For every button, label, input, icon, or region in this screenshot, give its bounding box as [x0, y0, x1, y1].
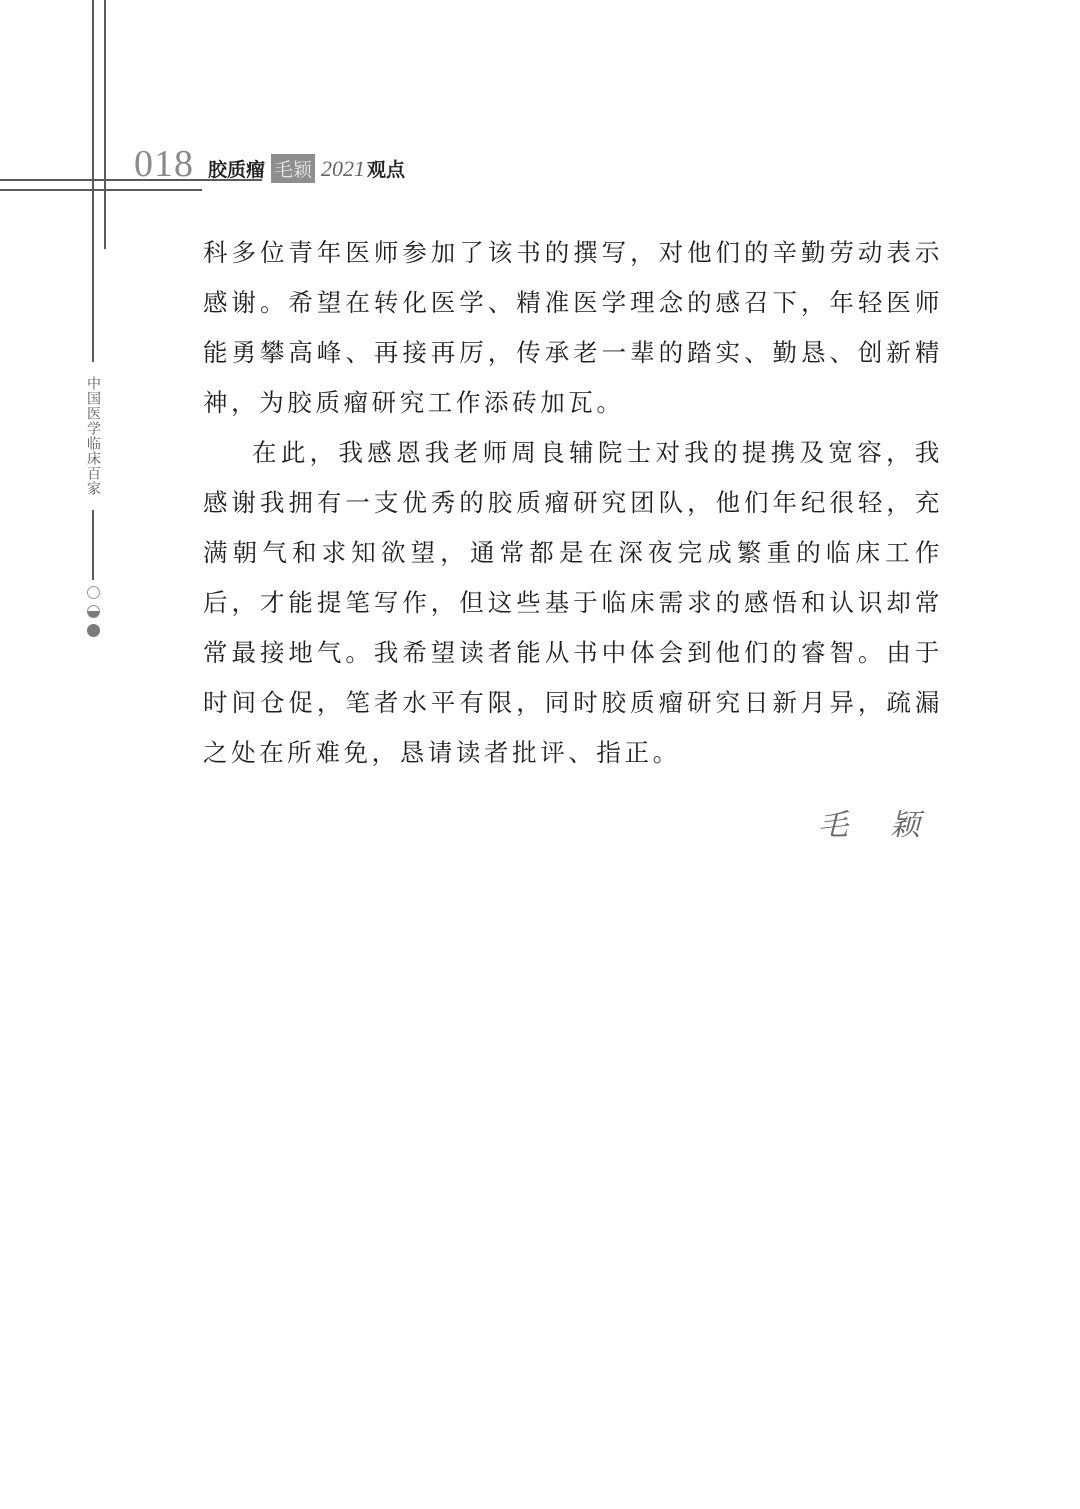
- author-signature: 毛颖: [818, 800, 962, 844]
- paragraph: 科多位青年医师参加了该书的撰写，对他们的辛勤劳动表示感谢。希望在转化医学、精准医…: [203, 228, 943, 428]
- paragraph: 在此，我感恩我老师周良辅院士对我的提携及宽容，我感谢我拥有一支优秀的胶质瘤研究团…: [203, 428, 943, 778]
- year-label: 2021: [321, 156, 365, 182]
- page-number: 018: [134, 142, 194, 186]
- author-badge: 毛颖: [271, 154, 315, 183]
- book-title: 胶质瘤: [208, 155, 265, 182]
- book-subtitle: 观点: [367, 155, 405, 182]
- body-text: 科多位青年医师参加了该书的撰写，对他们的辛勤劳动表示感谢。希望在转化医学、精准医…: [203, 228, 943, 778]
- side-divider-bottom: [92, 510, 94, 580]
- filled-circle-icon: [87, 624, 100, 637]
- vertical-rule-line-outer: [92, 0, 94, 340]
- series-side-label: 中国医学临床百家: [82, 340, 104, 637]
- empty-circle-icon: [87, 586, 100, 599]
- series-name: 中国医学临床百家: [83, 376, 103, 496]
- running-header: 018 胶质瘤 毛颖 2021 观点: [134, 142, 405, 186]
- vertical-rule-line-inner: [104, 0, 106, 249]
- side-divider-top: [92, 340, 94, 362]
- half-circle-icon: [87, 605, 100, 618]
- horizontal-rule-line-lower: [0, 189, 202, 191]
